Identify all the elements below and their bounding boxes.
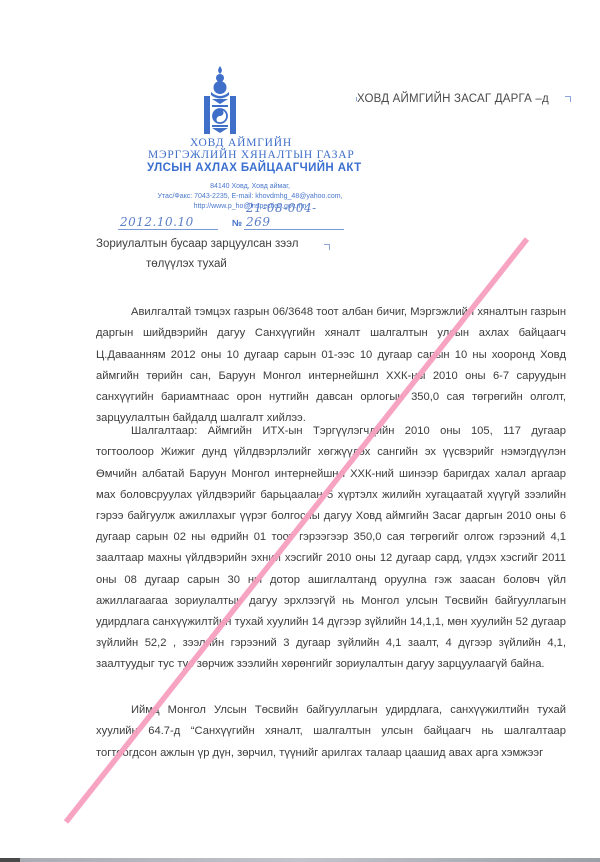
subject-line-1: Зориулалтын бусаар зарцуулсан зээл (96, 238, 298, 250)
letterhead-contact: Утас/Факс: 7043-2235, E-mail: khovdmhg_4… (140, 193, 360, 200)
letterhead-address: 84140 Ховд, Ховд аймаг, (140, 183, 360, 190)
corner-mark (324, 244, 330, 250)
letterhead-agency: МЭРГЭЖЛИЙН ХЯНАЛТЫН ГАЗАР (148, 149, 338, 161)
body-paragraph: Шалгалтаар: Аймгийн ИТХ-ын Тэргүүлэгчдий… (96, 421, 566, 675)
letterhead-act-title: УЛСЫН АХЛАХ БАЙЦААГЧИЙН АКТ (147, 162, 343, 174)
body-paragraph: Иймд Монгол Улсын Төсвийн байгууллагын у… (96, 700, 566, 764)
document-number: 21-08-004-269 (244, 201, 344, 230)
body-paragraph: Авилгалтай тэмцэх газрын 06/3648 тоот ал… (96, 302, 566, 429)
number-sign: № (232, 216, 242, 230)
subject-line-2: төлүүлэх тухай (146, 258, 227, 270)
soyombo-emblem-icon (203, 66, 237, 136)
document-page: ХОВД АЙМГИЙН МЭРГЭЖЛИЙН ХЯНАЛТЫН ГАЗАР У… (0, 0, 600, 858)
recipient: ХОВД АЙМГИЙН ЗАСАГ ДАРГА –д (357, 93, 549, 105)
registration-line: 2012.10.10 № 21-08-004-269 (118, 214, 344, 230)
document-date: 2012.10.10 (118, 215, 218, 230)
letterhead-aimag: ХОВД АЙМГИЙН (186, 137, 296, 149)
scan-bottom-edge (0, 858, 600, 862)
corner-mark (565, 96, 571, 102)
